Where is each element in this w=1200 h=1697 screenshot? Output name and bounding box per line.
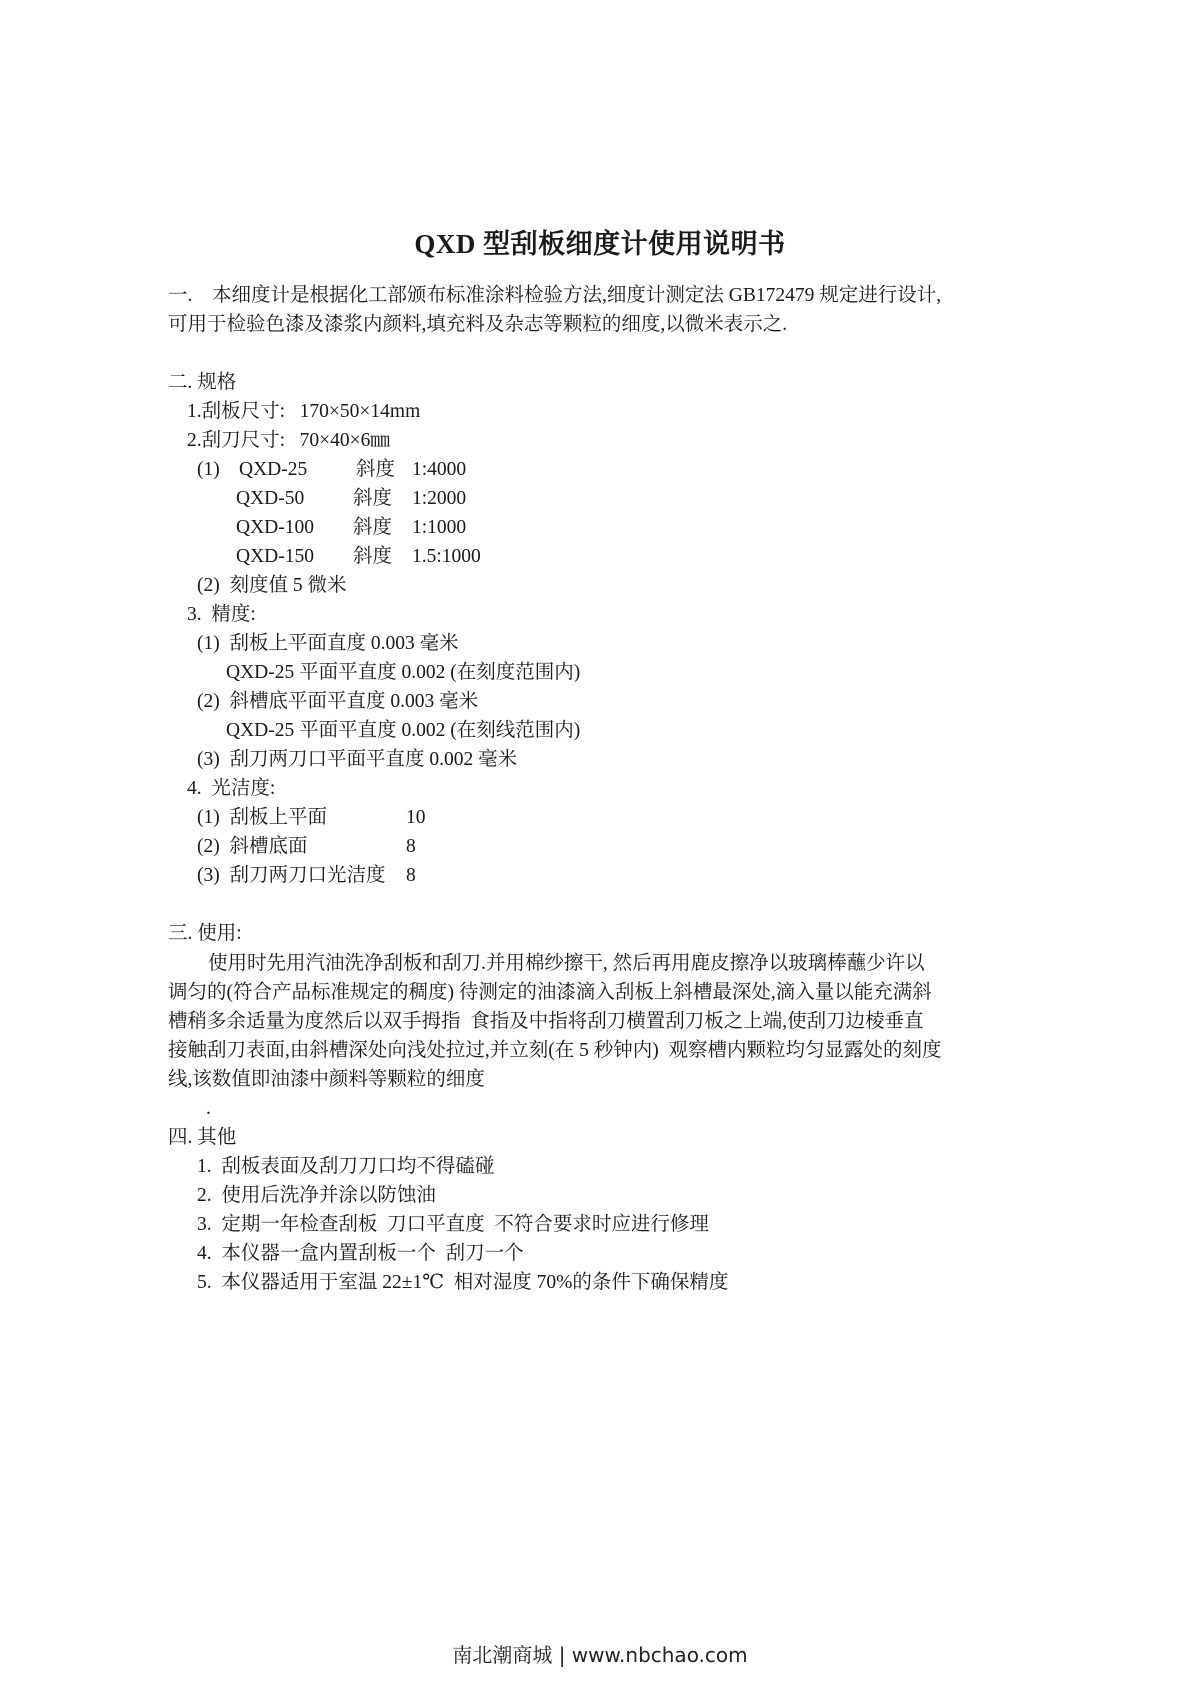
usage-line: 使用时先用汽油洗净刮板和刮刀.并用棉纱擦干, 然后再用鹿皮擦净以玻璃棒蘸少许以 — [208, 952, 925, 976]
footer-watermark: 南北潮商城 | www.nbchao.com — [0, 1639, 1200, 1668]
model-slope: 1.5:1000 — [412, 545, 481, 569]
document-page: QXD 型刮板细度计使用说明书 一. 本细度计是根据化工部颁布标准涂料检验方法,… — [0, 0, 1200, 1697]
other-item: 1. 刮板表面及刮刀刀口均不得磕碰 — [197, 1155, 494, 1179]
precision-item: (3) 刮刀两刀口平面平直度 0.002 毫米 — [197, 748, 517, 772]
usage-line: 槽稍多余适量为度然后以双手拇指 食指及中指将刮刀横置刮刀板之上端,使刮刀边棱垂直 — [168, 1010, 924, 1034]
other-item: 4. 本仪器一盒内置刮板一个 刮刀一个 — [197, 1242, 524, 1266]
precision-item: QXD-25 平面平直度 0.002 (在刻度范围内) — [226, 661, 580, 685]
section1-line2: 可用于检验色漆及漆浆内颜料,填充料及杂志等颗粒的细度,以微米表示之. — [168, 313, 787, 337]
model-name: QXD-25 — [239, 458, 307, 482]
precision-heading: 3. 精度: — [187, 603, 256, 627]
model-name: QXD-150 — [236, 545, 314, 569]
finish-value: 10 — [406, 806, 426, 830]
section4-heading: 四. 其他 — [168, 1126, 236, 1150]
spec-blade-size: 2.刮刀尺寸: 70×40×6㎜ — [187, 429, 390, 453]
usage-line: 线,该数值即油漆中颜料等颗粒的细度 — [168, 1068, 485, 1092]
model-slope-label: 斜度 — [353, 487, 392, 511]
finish-heading: 4. 光洁度: — [187, 777, 275, 801]
model-name: QXD-100 — [236, 516, 314, 540]
model-name: QXD-50 — [236, 487, 304, 511]
precision-item: (2) 斜槽底平面平直度 0.003 毫米 — [197, 690, 478, 714]
section1-heading: 一. — [168, 284, 192, 308]
usage-line: 接触刮刀表面,由斜槽深处向浅处拉过,并立刻(在 5 秒钟内) 观察槽内颗粒均匀显… — [168, 1039, 942, 1063]
model-slope: 1:4000 — [412, 458, 466, 482]
model-slope-label: 斜度 — [353, 516, 392, 540]
models-label: (1) — [197, 458, 220, 482]
section2-heading: 二. 规格 — [168, 371, 236, 395]
finish-label: (2) 斜槽底面 — [197, 835, 308, 859]
section3-heading: 三. 使用: — [168, 922, 242, 946]
model-slope-label: 斜度 — [353, 545, 392, 569]
model-slope: 1:1000 — [412, 516, 466, 540]
model-slope: 1:2000 — [412, 487, 466, 511]
other-item: 3. 定期一年检查刮板 刀口平直度 不符合要求时应进行修理 — [197, 1213, 709, 1237]
spec-plate-size: 1.刮板尺寸: 170×50×14mm — [187, 400, 420, 424]
finish-value: 8 — [406, 835, 416, 859]
finish-label: (1) 刮板上平面 — [197, 806, 327, 830]
finish-label: (3) 刮刀两刀口光洁度 — [197, 864, 386, 888]
section1-line1: 本细度计是根据化工部颁布标准涂料检验方法,细度计测定法 GB172479 规定进… — [212, 284, 941, 308]
precision-item: QXD-25 平面平直度 0.002 (在刻线范围内) — [226, 719, 580, 743]
other-item: 5. 本仪器适用于室温 22±1℃ 相对湿度 70%的条件下确保精度 — [197, 1271, 728, 1295]
precision-item: (1) 刮板上平面直度 0.003 毫米 — [197, 632, 459, 656]
model-slope-label: 斜度 — [356, 458, 395, 482]
finish-value: 8 — [406, 864, 416, 888]
usage-line: 调匀的(符合产品标准规定的稠度) 待测定的油漆滴入刮板上斜槽最深处,滴入量以能充… — [168, 981, 932, 1005]
other-item: 2. 使用后洗净并涂以防蚀油 — [197, 1184, 436, 1208]
stray-dot: . — [206, 1097, 211, 1121]
scale-value: (2) 刻度值 5 微米 — [197, 574, 347, 598]
document-title: QXD 型刮板细度计使用说明书 — [0, 222, 1200, 261]
